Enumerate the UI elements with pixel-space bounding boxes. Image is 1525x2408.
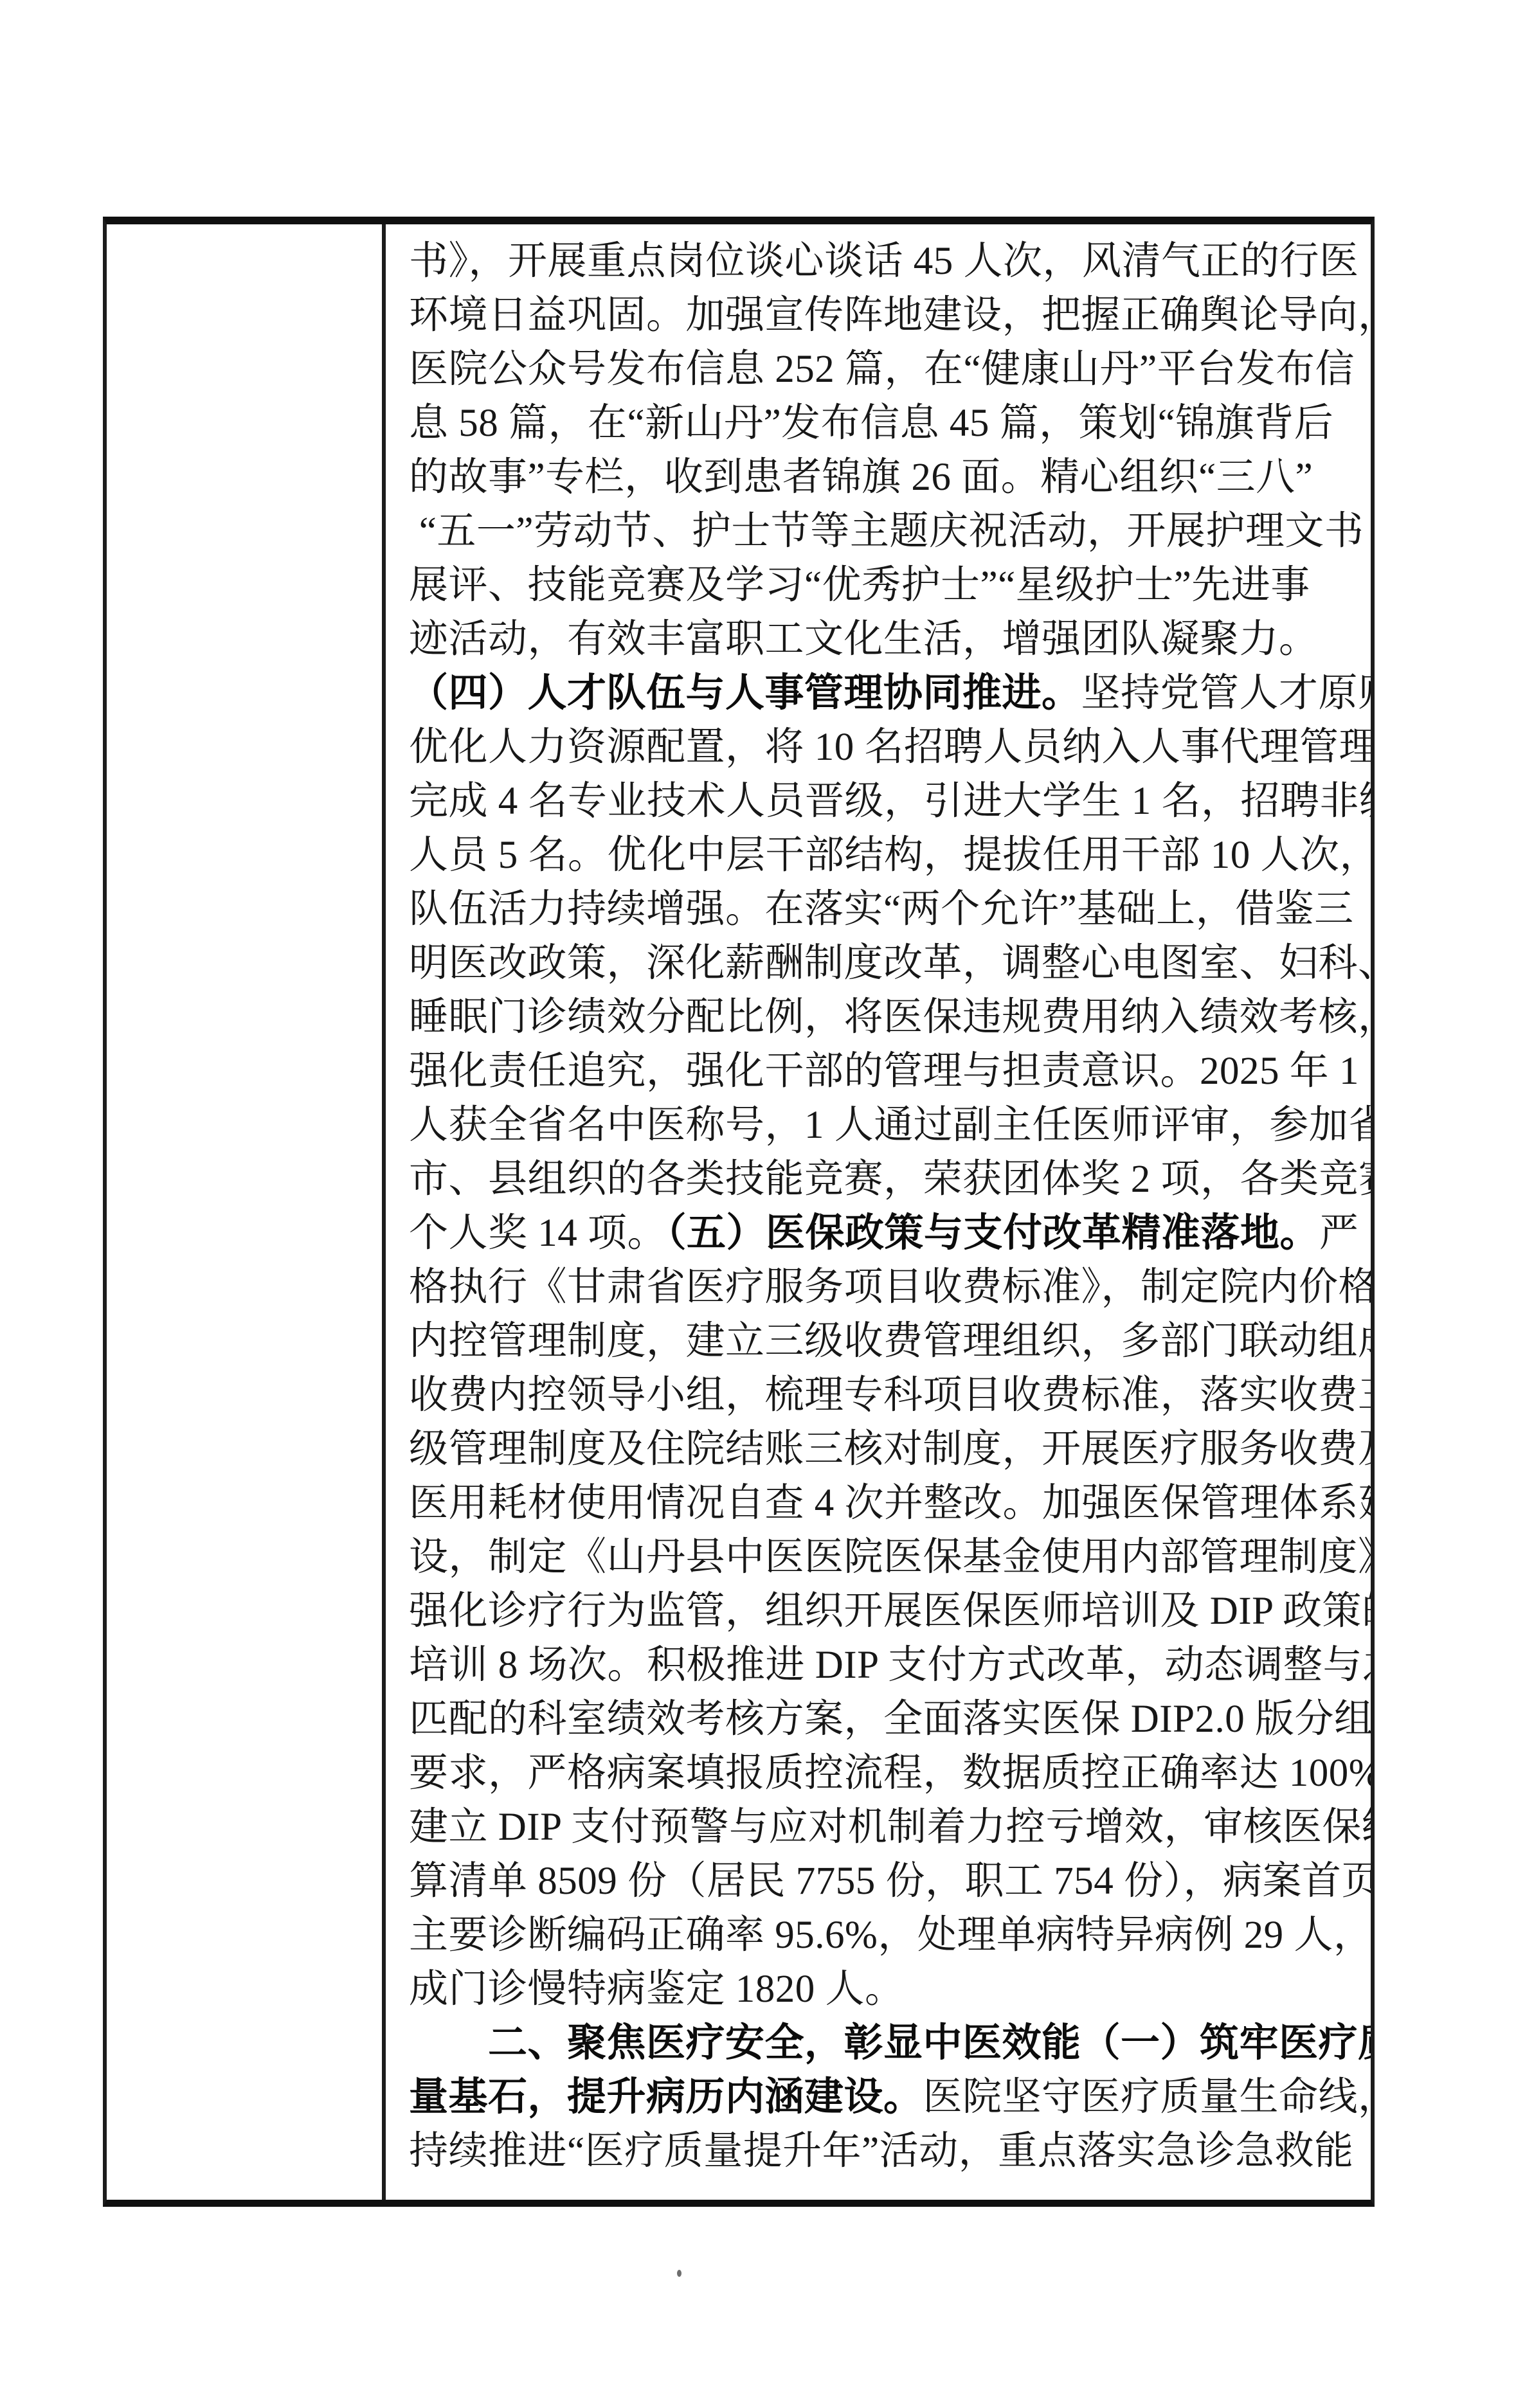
text-run: 医用耗材使用情况自查 4 次并整改。加强医保管理体系建 xyxy=(409,1482,1371,1525)
text-line: 匹配的科室绩效考核方案，全面落实医保 DIP2.0 版分组 xyxy=(409,1693,1354,1747)
text-line: 明医改政策，深化薪酬制度改革，调整心电图室、妇科、 xyxy=(409,937,1354,991)
text-line: 二、聚焦医疗安全，彰显中医效能（一）筑牢医疗质 xyxy=(409,2017,1354,2071)
text-line: 睡眠门诊绩效分配比例，将医保违规费用纳入绩效考核， xyxy=(409,991,1354,1045)
text-run: 强化诊疗行为监管，组织开展医保医师培训及 DIP 政策的 xyxy=(409,1590,1371,1633)
text-line: 完成 4 名专业技术人员晋级，引进大学生 1 名，招聘非编 xyxy=(409,775,1354,829)
text-line: 强化诊疗行为监管，组织开展医保医师培训及 DIP 政策的 xyxy=(409,1585,1354,1639)
text-line: 个人奖 14 项。（五）医保政策与支付改革精准落地。严 xyxy=(409,1207,1354,1261)
text-run: 强化责任追究，强化干部的管理与担责意识。2025 年 1 xyxy=(409,1050,1359,1093)
text-run: 环境日益巩固。加强宣传阵地建设，把握正确舆论导向， xyxy=(409,294,1371,337)
text-line: 优化人力资源配置，将 10 名招聘人员纳入人事代理管理， xyxy=(409,721,1354,775)
text-run: 严 xyxy=(1319,1212,1359,1255)
text-run: 迹活动，有效丰富职工文化生活，增强团队凝聚力。 xyxy=(409,618,1319,661)
text-line: 医院公众号发布信息 252 篇，在“健康山丹”平台发布信 xyxy=(409,343,1354,397)
text-run: 成门诊慢特病鉴定 1820 人。 xyxy=(409,1968,905,2011)
text-line: 格执行《甘肃省医疗服务项目收费标准》，制定院内价格 xyxy=(409,1261,1354,1315)
text-run: 书》，开展重点岗位谈心谈话 45 人次，风清气正的行医 xyxy=(409,240,1359,283)
text-run: 建立 DIP 支付预警与应对机制着力控亏增效，审核医保结 xyxy=(409,1806,1371,1849)
bold-text-run: （五）医保政策与支付改革精准落地。 xyxy=(667,1212,1319,1255)
text-line: 迹活动，有效丰富职工文化生活，增强团队凝聚力。 xyxy=(409,613,1354,667)
text-line: 收费内控领导小组，梳理专科项目收费标准，落实收费三 xyxy=(409,1369,1354,1423)
text-line: 成门诊慢特病鉴定 1820 人。 xyxy=(409,1963,1354,2017)
text-line: 主要诊断编码正确率 95.6%，处理单病特异病例 29 人，完 xyxy=(409,1909,1354,1963)
report-table: 书》，开展重点岗位谈心谈话 45 人次，风清气正的行医环境日益巩固。加强宣传阵地… xyxy=(103,217,1375,2207)
bold-text-run: 量基石，提升病历内涵建设。 xyxy=(409,2076,923,2119)
text-run: “五一”劳动节、护士节等主题庆祝活动，开展护理文书 xyxy=(409,510,1364,553)
text-run: 匹配的科室绩效考核方案，全面落实医保 DIP2.0 版分组 xyxy=(409,1698,1371,1741)
text-run: 息 58 篇，在“新山丹”发布信息 45 篇，策划“锦旗背后 xyxy=(409,402,1333,445)
text-line: 人员 5 名。优化中层干部结构，提拔任用干部 10 人次， xyxy=(409,829,1354,883)
text-line: 内控管理制度，建立三级收费管理组织，多部门联动组成 xyxy=(409,1315,1354,1369)
bold-text-run: （四）人才队伍与人事管理协同推进。 xyxy=(409,672,1081,715)
text-line: 人获全省名中医称号，1 人通过副主任医师评审，参加省、 xyxy=(409,1099,1354,1153)
text-run: 队伍活力持续增强。在落实“两个允许”基础上，借鉴三 xyxy=(409,888,1354,931)
text-run: 医院坚守医疗质量生命线， xyxy=(923,2076,1371,2119)
text-run: 内控管理制度，建立三级收费管理组织，多部门联动组成 xyxy=(409,1320,1371,1363)
text-run: 市、县组织的各类技能竞赛，荣获团体奖 2 项，各类竞赛 xyxy=(409,1158,1371,1201)
text-run: 个人奖 14 项。 xyxy=(409,1212,667,1255)
text-run: 持续推进“医疗质量提升年”活动，重点落实急诊急救能 xyxy=(409,2130,1354,2173)
text-line: 队伍活力持续增强。在落实“两个允许”基础上，借鉴三 xyxy=(409,883,1354,937)
text-line: 级管理制度及住院结账三核对制度，开展医疗服务收费及 xyxy=(409,1423,1354,1477)
text-run: 展评、技能竞赛及学习“优秀护士”“星级护士”先进事 xyxy=(409,564,1310,607)
text-run: 完成 4 名专业技术人员晋级，引进大学生 1 名，招聘非编 xyxy=(409,780,1371,823)
text-line: 持续推进“医疗质量提升年”活动，重点落实急诊急救能 xyxy=(409,2125,1354,2179)
text-line: 算清单 8509 份（居民 7755 份，职工 754 份），病案首页 xyxy=(409,1855,1354,1909)
text-line: 息 58 篇，在“新山丹”发布信息 45 篇，策划“锦旗背后 xyxy=(409,397,1354,451)
text-run: 的故事”专栏，收到患者锦旗 26 面。精心组织“三八” xyxy=(409,456,1313,499)
text-run: 级管理制度及住院结账三核对制度，开展医疗服务收费及 xyxy=(409,1428,1371,1471)
text-run: 设，制定《山丹县中医医院医保基金使用内部管理制度》， xyxy=(409,1536,1371,1579)
text-line: 量基石，提升病历内涵建设。医院坚守医疗质量生命线， xyxy=(409,2071,1354,2125)
scan-speck-artifact xyxy=(677,2270,681,2277)
text-line: 培训 8 场次。积极推进 DIP 支付方式改革，动态调整与之 xyxy=(409,1639,1354,1693)
text-run: 睡眠门诊绩效分配比例，将医保违规费用纳入绩效考核， xyxy=(409,996,1371,1039)
text-run: 明医改政策，深化薪酬制度改革，调整心电图室、妇科、 xyxy=(409,942,1371,985)
table-left-column-cell xyxy=(107,224,386,2200)
document-page: { "document": { "type": "scanned-report-… xyxy=(0,0,1525,2408)
text-run: 收费内控领导小组，梳理专科项目收费标准，落实收费三 xyxy=(409,1374,1371,1417)
text-line: 书》，开展重点岗位谈心谈话 45 人次，风清气正的行医 xyxy=(409,235,1354,289)
text-run: 人获全省名中医称号，1 人通过副主任医师评审，参加省、 xyxy=(409,1104,1371,1147)
text-line: 强化责任追究，强化干部的管理与担责意识。2025 年 1 xyxy=(409,1045,1354,1099)
text-line: 市、县组织的各类技能竞赛，荣获团体奖 2 项，各类竞赛 xyxy=(409,1153,1354,1207)
text-line: 展评、技能竞赛及学习“优秀护士”“星级护士”先进事 xyxy=(409,559,1354,613)
bold-text-run: 二、聚焦医疗安全，彰显中医效能（一）筑牢医疗质 xyxy=(488,2022,1371,2065)
text-line: 的故事”专栏，收到患者锦旗 26 面。精心组织“三八” xyxy=(409,451,1354,505)
text-run: 主要诊断编码正确率 95.6%，处理单病特异病例 29 人，完 xyxy=(409,1914,1371,1957)
text-run: 人员 5 名。优化中层干部结构，提拔任用干部 10 人次， xyxy=(409,834,1371,877)
text-run xyxy=(409,2022,488,2065)
text-run: 算清单 8509 份（居民 7755 份，职工 754 份），病案首页 xyxy=(409,1860,1371,1903)
text-line: （四）人才队伍与人事管理协同推进。坚持党管人才原则， xyxy=(409,667,1354,721)
text-run: 要求，严格病案填报质控流程，数据质控正确率达 100%。 xyxy=(409,1752,1371,1795)
text-line: 医用耗材使用情况自查 4 次并整改。加强医保管理体系建 xyxy=(409,1477,1354,1531)
text-run: 坚持党管人才原则， xyxy=(1081,672,1371,715)
text-run: 医院公众号发布信息 252 篇，在“健康山丹”平台发布信 xyxy=(409,348,1355,391)
text-run: 优化人力资源配置，将 10 名招聘人员纳入人事代理管理， xyxy=(409,726,1371,769)
text-line: 要求，严格病案填报质控流程，数据质控正确率达 100%。 xyxy=(409,1747,1354,1801)
table-content-cell: 书》，开展重点岗位谈心谈话 45 人次，风清气正的行医环境日益巩固。加强宣传阵地… xyxy=(386,224,1371,2200)
text-run: 格执行《甘肃省医疗服务项目收费标准》，制定院内价格 xyxy=(409,1266,1371,1309)
text-line: 建立 DIP 支付预警与应对机制着力控亏增效，审核医保结 xyxy=(409,1801,1354,1855)
text-run: 培训 8 场次。积极推进 DIP 支付方式改革，动态调整与之 xyxy=(409,1644,1371,1687)
text-line: “五一”劳动节、护士节等主题庆祝活动，开展护理文书 xyxy=(409,505,1354,559)
text-line: 环境日益巩固。加强宣传阵地建设，把握正确舆论导向， xyxy=(409,289,1354,343)
text-line: 设，制定《山丹县中医医院医保基金使用内部管理制度》， xyxy=(409,1531,1354,1585)
